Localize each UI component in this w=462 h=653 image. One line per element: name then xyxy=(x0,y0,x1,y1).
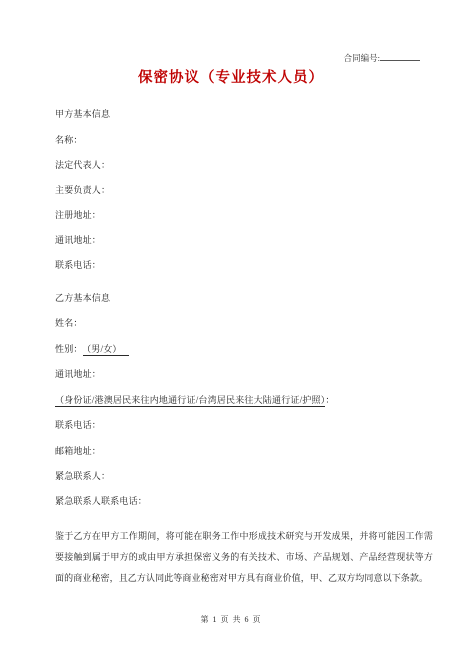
field-label-registered-address: 注册地址： xyxy=(55,209,101,221)
preamble-paragraph: 鉴于乙方在甲方工作期间，将可能在职务工作中形成技术研究与开发成果，并将可能因工作… xyxy=(55,526,433,589)
field-label-party-a-name: 名称： xyxy=(55,134,83,146)
id-document-options-underlined: （身份证/港澳居民来往内地通行证/台湾居民来往大陆通行证/护照） xyxy=(55,395,325,407)
field-label-email-address: 邮箱地址： xyxy=(55,445,101,457)
field-label-party-a-mailing-address: 通讯地址： xyxy=(55,234,101,246)
contract-number-blank xyxy=(380,51,420,61)
page-number: 第 1 页 共 6 页 xyxy=(0,614,462,625)
document-title: 保密协议（专业技术人员） xyxy=(0,66,462,87)
contract-number-label: 合同编号: xyxy=(344,53,380,63)
field-label-party-b-mailing-address: 通讯地址： xyxy=(55,368,101,380)
field-label-party-a-phone: 联系电话： xyxy=(55,259,101,271)
field-label-main-person-in-charge: 主要负责人： xyxy=(55,184,110,196)
party-a-heading: 甲方基本信息 xyxy=(55,108,110,120)
field-id-document-row: （身份证/港澳居民来往内地通行证/台湾居民来往大陆通行证/护照）： xyxy=(55,394,335,406)
gender-options-underlined: （男/女） xyxy=(83,344,129,356)
field-label-gender: 性别： xyxy=(55,344,83,354)
party-b-heading: 乙方基本信息 xyxy=(55,292,110,304)
field-label-emergency-contact: 紧急联系人： xyxy=(55,470,110,482)
field-label-party-b-name: 姓名： xyxy=(55,317,83,329)
id-document-colon: ： xyxy=(325,395,334,405)
field-label-emergency-contact-phone: 紧急联系人联系电话： xyxy=(55,495,147,507)
field-label-legal-representative: 法定代表人： xyxy=(55,159,110,171)
contract-number-field: 合同编号: xyxy=(344,51,420,64)
document-page: 合同编号: 保密协议（专业技术人员） 甲方基本信息 名称： 法定代表人： 主要负… xyxy=(0,0,462,653)
field-label-party-b-phone: 联系电话： xyxy=(55,419,101,431)
field-gender-row: 性别：（男/女） xyxy=(55,343,129,355)
